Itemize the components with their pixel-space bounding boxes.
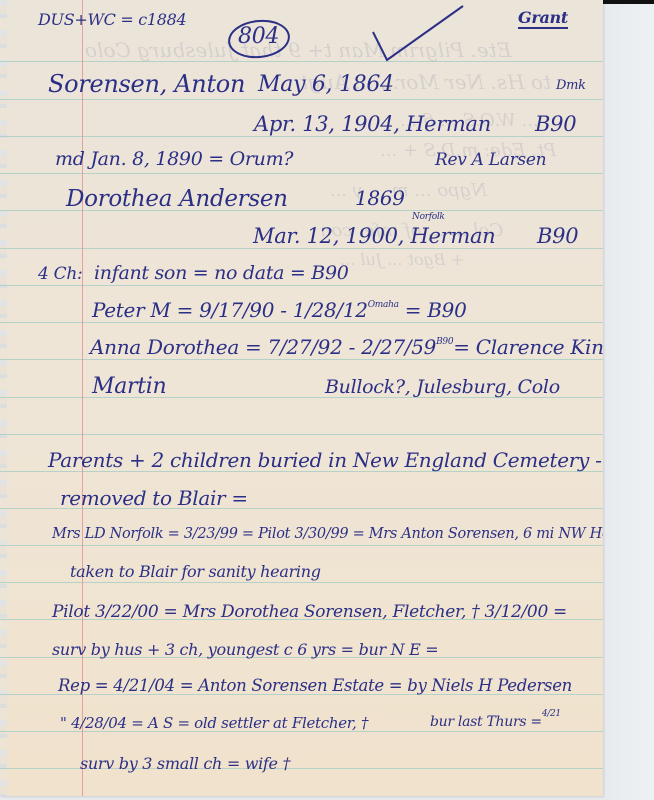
child-martin-note: Bullock?, Julesburg, Colo [325, 376, 560, 398]
ruled-line [0, 136, 603, 137]
children-label: 4 Ch: [38, 264, 82, 284]
notebook-page: Ete. Pilgrim Man t+ 9 that Julesburg Col… [0, 0, 603, 796]
ruled-line [0, 582, 603, 583]
burial-note-line2: removed to Blair = [60, 486, 248, 510]
ruled-line [0, 359, 603, 360]
child-anna: Anna Dorothea = 7/27/92 - 2/27/59B90= Cl… [90, 335, 603, 359]
news-note: Rep = 4/21/04 = Anton Sorensen Estate = … [58, 676, 572, 695]
spouse-death-ref: B90 [537, 224, 578, 248]
burial-note-line1: Parents + 2 children buried in New Engla… [48, 448, 602, 472]
subject-death-ref: B90 [535, 112, 576, 136]
ruled-line [0, 434, 603, 435]
subject-birth-place: Dmk [556, 78, 586, 93]
news-note: " 4/28/04 = A S = old settler at Fletche… [60, 714, 368, 732]
checkmark-icon [365, 2, 475, 64]
ruled-line [0, 248, 603, 249]
news-note-burial-date: 4/21 [542, 709, 561, 719]
ruled-line [0, 173, 603, 174]
child-peter-dates: Peter M = 9/17/90 - 1/28/12 [92, 298, 368, 322]
ruled-line [0, 285, 603, 286]
circled-number: 804 [238, 24, 279, 49]
child-anna-dates: Anna Dorothea = 7/27/92 - 2/27/59 [90, 335, 436, 359]
news-note-burial: bur last Thurs =4/21 [430, 714, 561, 730]
torn-left-edge [0, 0, 7, 796]
ruled-line [0, 322, 603, 323]
marriage-line: md Jan. 8, 1890 = Orum? [55, 148, 293, 170]
spouse-death: Mar. 12, 1900, Herman [253, 224, 495, 248]
child-peter-ref: = B90 [405, 298, 467, 322]
subject-name: Sorensen, Anton [48, 70, 245, 98]
marriage-officiant: Rev A Larsen [435, 150, 546, 170]
county-label: Grant [518, 8, 568, 29]
scanner-background [602, 4, 654, 800]
child-anna-spouse: = Clarence King, Blair [453, 335, 603, 359]
spouse-birth-year: 1869 [355, 186, 405, 210]
news-note: taken to Blair for sanity hearing [70, 562, 321, 581]
bleed-through-text: Ngpo ... m ... y ... [330, 180, 487, 201]
child-infant: infant son = no data = B90 [94, 262, 349, 284]
child-peter: Peter M = 9/17/90 - 1/28/12Omaha = B90 [92, 298, 467, 322]
bleed-through-text: + Bgot ... Jul ... [340, 250, 464, 269]
subject-birth-date: May 6, 1864 [258, 72, 394, 97]
subject-death: Apr. 13, 1904, Herman [254, 112, 491, 136]
child-peter-place: Omaha [368, 300, 399, 310]
spouse-death-note: Norfolk [412, 212, 445, 222]
news-note-burial-text: bur last Thurs = [430, 714, 542, 730]
child-martin: Martin [92, 374, 166, 399]
ruled-line [0, 99, 603, 100]
news-note: surv by hus + 3 ch, youngest c 6 yrs = b… [52, 640, 438, 659]
news-note: Pilot 3/22/00 = Mrs Dorothea Sorensen, F… [52, 602, 567, 622]
spouse-name: Dorothea Andersen [66, 186, 288, 212]
ruled-line [0, 545, 603, 546]
child-anna-ref: B90 [436, 337, 453, 347]
news-note: Mrs LD Norfolk = 3/23/99 = Pilot 3/30/99… [52, 526, 603, 542]
top-left-note: DUS+WC = c1884 [38, 10, 186, 29]
news-note: surv by 3 small ch = wife † [80, 754, 290, 773]
